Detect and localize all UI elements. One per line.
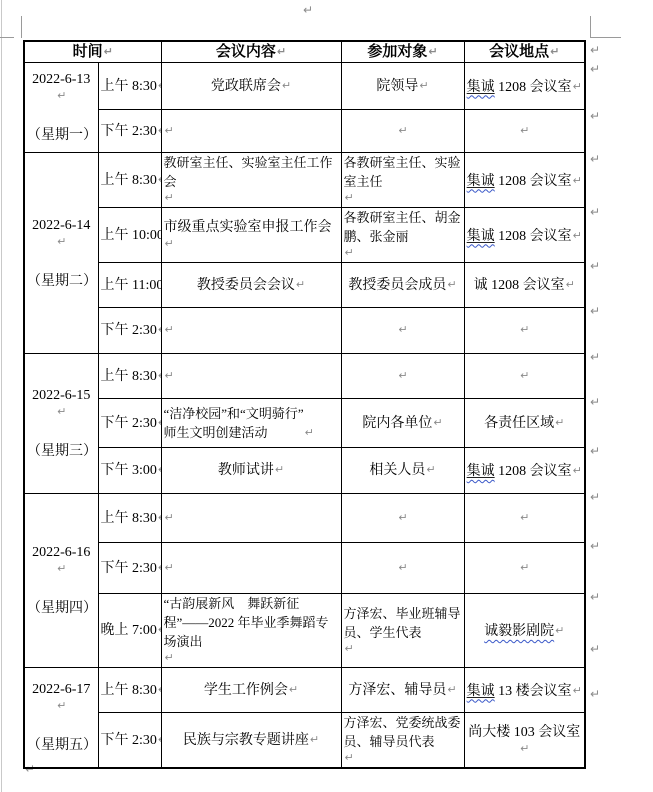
participants-text: 方泽宏、辅导员 [348, 683, 446, 698]
date-cell[interactable]: 2022-6-14↵ （星期二） [24, 153, 98, 354]
date-line: 2022-6-17↵ [27, 680, 96, 715]
time-text: 下午 2:30 [101, 733, 157, 748]
pilcrow-mark: ↵ [165, 370, 174, 381]
pilcrow-mark: ↵ [57, 700, 66, 711]
pilcrow-mark: ↵ [590, 206, 600, 218]
location-text: 尚大楼 103 会议室 [468, 725, 580, 740]
meeting-content-cell[interactable]: ↵ [161, 354, 341, 399]
pilcrow-mark: ↵ [419, 80, 428, 91]
time-text: 下午 2:30 [101, 416, 157, 431]
location-cell[interactable]: 各责任区域↵ [464, 399, 585, 448]
participants-cell[interactable]: 教授委员会成员↵ [341, 263, 464, 308]
pilcrow-mark: ↵ [573, 685, 582, 696]
meeting-content-cell[interactable]: 党政联席会↵ [161, 63, 341, 110]
date-line: 2022-6-14↵ [27, 216, 96, 251]
location-text: 13 楼会议室 [495, 684, 572, 699]
pilcrow-mark: ↵ [590, 63, 600, 75]
document-page: ↵ ↵ ↵↵↵↵↵↵↵↵↵↵↵↵↵↵↵ 时间↵ 会议内容↵ 参加对象↵ 会议地点… [0, 0, 653, 792]
participants-cell[interactable]: ↵ [341, 110, 464, 153]
time-text: 上午 8:30 [101, 79, 157, 94]
location-flagged-text: 集诚 [467, 229, 495, 244]
col-header-participants-label: 参加对象 [367, 44, 427, 60]
participants-text: 院领导 [376, 79, 418, 94]
pilcrow-mark: ↵ [282, 80, 291, 91]
pilcrow-mark: ↵ [573, 465, 582, 476]
pilcrow-mark: ↵ [305, 427, 314, 438]
pilcrow-mark: ↵ [165, 192, 174, 203]
meeting-content: 教研室主任、实验室主任工作 会 [164, 153, 333, 191]
participants-text: 各教研室主任、胡金 鹏、张金丽 [344, 208, 461, 246]
pilcrow-mark: ↵ [433, 417, 442, 428]
meeting-content-cell[interactable]: “洁净校园”和“文明骑行” 师生文明创建活动↵ [161, 399, 341, 448]
location-cell[interactable]: 集诚 1208 会议室↵ [464, 63, 585, 110]
margin-corner-mark [21, 16, 22, 38]
location-cell[interactable]: ↵ [464, 354, 585, 399]
col-header-location[interactable]: 会议地点↵ [464, 41, 585, 63]
pilcrow-mark: ↵ [520, 125, 529, 136]
pilcrow-mark: ↵ [590, 445, 600, 457]
time-text: 上午 8:30 [101, 511, 157, 526]
pilcrow-mark: ↵ [398, 370, 407, 381]
location-text: 1208 会议室 [495, 229, 572, 244]
time-cell[interactable]: 上午 8:30↵ [98, 63, 161, 110]
pilcrow-mark: ↵ [398, 562, 407, 573]
location-text: 诚 1208 会议室 [474, 278, 565, 293]
pilcrow-mark: ↵ [345, 192, 354, 203]
participants-cell[interactable]: ↵ [341, 308, 464, 354]
pilcrow-mark: ↵ [447, 279, 456, 290]
location-cell[interactable]: ↵ [464, 308, 585, 354]
location-text: 1208 会议室 [495, 80, 572, 95]
pilcrow-mark: ↵ [310, 734, 319, 745]
location-text: 各责任区域 [484, 416, 554, 431]
col-header-participants[interactable]: 参加对象↵ [341, 41, 464, 63]
time-text: 下午 2:30 [101, 561, 157, 576]
date-cell[interactable]: 2022-6-16↵ （星期四） [24, 494, 98, 668]
pilcrow-mark: ↵ [345, 752, 354, 763]
margin-corner-mark [590, 16, 591, 38]
col-header-time-label: 时间 [73, 44, 103, 60]
time-text: 上午 8:30 [101, 173, 157, 188]
meeting-content-cell[interactable]: ↵ [161, 308, 341, 354]
meeting-content-cell[interactable]: 民族与宗教专题讲座↵ [161, 713, 341, 769]
time-text: 上午 10:00 [101, 228, 162, 243]
time-text: 下午 2:30 [101, 323, 157, 338]
time-text: 下午 3:00 [101, 463, 157, 478]
pilcrow-mark: ↵ [590, 260, 600, 272]
pilcrow-mark: ↵ [590, 305, 600, 317]
participants-cell[interactable]: 院内各单位↵ [341, 399, 464, 448]
col-header-location-label: 会议地点 [489, 44, 549, 60]
meeting-content-cell[interactable]: 教师试讲↵ [161, 448, 341, 494]
time-cell[interactable]: 下午 2:30↵ [98, 399, 161, 448]
meeting-content-cell[interactable]: 市级重点实验室申报工作会↵ [161, 208, 341, 263]
pilcrow-mark: ↵ [590, 491, 600, 503]
pilcrow-mark: ↵ [590, 396, 600, 408]
pilcrow-mark: ↵ [104, 46, 113, 57]
time-cell[interactable]: 上午 11:00↵ [98, 263, 161, 308]
weekday-line: （星期一） [27, 126, 96, 145]
time-cell[interactable]: 上午 8:30↵ [98, 354, 161, 399]
pilcrow-mark: ↵ [57, 563, 66, 574]
participants-cell[interactable]: ↵ [341, 354, 464, 399]
location-flagged-text: 集诚 [467, 464, 495, 479]
time-text: 晚上 7:00 [101, 623, 157, 638]
pilcrow-mark: ↵ [165, 512, 174, 523]
meeting-content: “古韵展新风 舞跃新征 程”——2022 年毕业季舞蹈专 场演出 [164, 594, 329, 651]
participants-text: 方泽宏、毕业班辅导 员、学生代表 [344, 604, 461, 642]
pilcrow-mark: ↵ [520, 324, 529, 335]
pilcrow-mark: ↵ [165, 324, 174, 335]
participants-cell[interactable]: 相关人员↵ [341, 448, 464, 494]
pilcrow-mark: ↵ [566, 279, 575, 290]
time-cell[interactable]: 晚上 7:00↵ [98, 594, 161, 668]
location-flagged-text: 集诚 [467, 80, 495, 95]
pilcrow-mark: ↵ [303, 4, 313, 16]
location-flagged-text: 集诚 [467, 174, 495, 189]
schedule-table: 时间↵ 会议内容↵ 参加对象↵ 会议地点↵ 2022-6-13↵ （星期一） 上… [23, 40, 586, 769]
pilcrow-mark: ↵ [289, 684, 298, 695]
time-cell[interactable]: 下午 2:30↵ [98, 713, 161, 769]
col-header-content-label: 会议内容 [216, 44, 276, 60]
pilcrow-mark: ↵ [555, 417, 564, 428]
location-cell[interactable]: ↵ [464, 543, 585, 594]
weekday-line: （星期四） [27, 599, 96, 618]
pilcrow-mark: ↵ [426, 464, 435, 475]
meeting-content-cell[interactable]: 教授委员会会议↵ [161, 263, 341, 308]
location-cell[interactable]: 集诚 1208 会议室↵ [464, 153, 585, 208]
time-text: 上午 8:30 [101, 683, 157, 698]
pilcrow-mark: ↵ [398, 125, 407, 136]
pilcrow-mark: ↵ [345, 643, 354, 654]
participants-cell[interactable]: ↵ [341, 494, 464, 543]
weekday-line: （星期五） [27, 736, 96, 755]
date-cell[interactable]: 2022-6-17↵ （星期五） [24, 668, 98, 769]
pilcrow-mark: ↵ [57, 90, 66, 101]
time-text: 下午 2:30 [101, 124, 157, 139]
margin-corner-mark [590, 37, 621, 38]
pilcrow-mark: ↵ [590, 351, 600, 363]
time-cell[interactable]: 上午 8:30↵ [98, 153, 161, 208]
date-line: 2022-6-13↵ [27, 70, 96, 105]
participants-text: 相关人员 [369, 463, 425, 478]
meeting-content-cell[interactable]: 学生工作例会↵ [161, 668, 341, 713]
weekday-line: （星期三） [27, 442, 96, 461]
date-cell[interactable]: 2022-6-15↵ （星期三） [24, 354, 98, 494]
col-header-time[interactable]: 时间↵ [24, 41, 161, 63]
pilcrow-mark: ↵ [447, 684, 456, 695]
meeting-content: 民族与宗教专题讲座 [183, 733, 309, 748]
time-cell[interactable]: 上午 8:30↵ [98, 668, 161, 713]
meeting-content: “洁净校园”和“文明骑行” 师生文明创建活动 [164, 404, 304, 442]
pilcrow-mark: ↵ [398, 512, 407, 523]
page-edge-line [1, 0, 2, 792]
pilcrow-mark: ↵ [520, 370, 529, 381]
location-text: 1208 会议室 [495, 174, 572, 189]
time-cell[interactable]: 下午 2:30↵ [98, 110, 161, 153]
location-cell[interactable]: 集诚 1208 会议室↵ [464, 208, 585, 263]
pilcrow-mark: ↵ [555, 625, 564, 636]
location-text: 1208 会议室 [495, 464, 572, 479]
time-text: 上午 11:00 [101, 278, 162, 293]
date-cell[interactable]: 2022-6-13↵ （星期一） [24, 63, 98, 153]
pilcrow-mark: ↵ [345, 247, 354, 258]
meeting-content: 教授委员会会议 [197, 278, 295, 293]
pilcrow-mark: ↵ [590, 591, 600, 603]
time-text: 上午 8:30 [101, 369, 157, 384]
pilcrow-mark: ↵ [428, 46, 437, 57]
location-cell[interactable]: 集诚 1208 会议室↵ [464, 448, 585, 494]
time-cell[interactable]: 下午 2:30↵ [98, 543, 161, 594]
pilcrow-mark: ↵ [165, 125, 174, 136]
meeting-content: 市级重点实验室申报工作会 [164, 220, 332, 235]
weekday-line: （星期二） [27, 272, 96, 291]
pilcrow-mark: ↵ [590, 153, 600, 165]
time-cell[interactable]: 下午 2:30↵ [98, 308, 161, 354]
meeting-content-cell[interactable]: ↵ [161, 110, 341, 153]
location-flagged-text: 诚毅影剧院 [484, 624, 554, 639]
pilcrow-mark: ↵ [520, 512, 529, 523]
pilcrow-mark: ↵ [165, 562, 174, 573]
pilcrow-mark: ↵ [573, 175, 582, 186]
pilcrow-mark: ↵ [590, 110, 600, 122]
pilcrow-mark: ↵ [590, 688, 600, 700]
participants-cell[interactable]: ↵ [341, 543, 464, 594]
time-cell[interactable]: 上午 10:00↵ [98, 208, 161, 263]
pilcrow-mark: ↵ [573, 81, 582, 92]
participants-cell[interactable]: 各教研室主任、实验 室主任↵ [341, 153, 464, 208]
participants-text: 各教研室主任、实验 室主任 [344, 153, 461, 191]
pilcrow-mark: ↵ [590, 540, 600, 552]
location-flagged-text: 集诚 [467, 684, 495, 699]
date-line: 2022-6-16↵ [27, 543, 96, 578]
participants-text: 院内各单位 [362, 416, 432, 431]
pilcrow-mark: ↵ [520, 743, 529, 754]
participants-cell[interactable]: 方泽宏、毕业班辅导 员、学生代表↵ [341, 594, 464, 668]
participants-cell[interactable]: 院领导↵ [341, 63, 464, 110]
pilcrow-mark: ↵ [398, 324, 407, 335]
participants-cell[interactable]: 各教研室主任、胡金 鹏、张金丽↵ [341, 208, 464, 263]
location-cell[interactable]: 诚毅影剧院↵ [464, 594, 585, 668]
meeting-content: 党政联席会 [211, 79, 281, 94]
participants-cell[interactable]: 方泽宏、党委统战委 员、辅导员代表↵ [341, 713, 464, 769]
time-cell[interactable]: 下午 3:00↵ [98, 448, 161, 494]
pilcrow-mark: ↵ [57, 406, 66, 417]
participants-cell[interactable]: 方泽宏、辅导员↵ [341, 668, 464, 713]
pilcrow-mark: ↵ [57, 236, 66, 247]
location-cell[interactable]: ↵ [464, 494, 585, 543]
date-line: 2022-6-15↵ [27, 386, 96, 421]
pilcrow-mark: ↵ [296, 279, 305, 290]
location-cell[interactable]: ↵ [464, 110, 585, 153]
col-header-content[interactable]: 会议内容↵ [161, 41, 341, 63]
location-cell[interactable]: 尚大楼 103 会议室↵ [464, 713, 585, 769]
meeting-content-cell[interactable]: ↵ [161, 543, 341, 594]
meeting-content-cell[interactable]: “古韵展新风 舞跃新征 程”——2022 年毕业季舞蹈专 场演出↵ [161, 594, 341, 668]
location-cell[interactable]: 集诚 13 楼会议室↵ [464, 668, 585, 713]
pilcrow-mark: ↵ [165, 238, 174, 249]
participants-text: 方泽宏、党委统战委 员、辅导员代表 [344, 713, 461, 751]
pilcrow-mark: ↵ [520, 562, 529, 573]
pilcrow-mark: ↵ [590, 44, 600, 56]
pilcrow-mark: ↵ [277, 46, 286, 57]
time-cell[interactable]: 上午 8:30↵ [98, 494, 161, 543]
pilcrow-mark: ↵ [590, 643, 600, 655]
meeting-content-cell[interactable]: 教研室主任、实验室主任工作 会↵ [161, 153, 341, 208]
pilcrow-mark: ↵ [275, 464, 284, 475]
pilcrow-mark: ↵ [550, 46, 559, 57]
location-cell[interactable]: 诚 1208 会议室↵ [464, 263, 585, 308]
pilcrow-mark: ↵ [165, 652, 174, 663]
meeting-content: 学生工作例会 [204, 683, 288, 698]
margin-corner-mark [0, 37, 14, 38]
pilcrow-mark: ↵ [573, 230, 582, 241]
meeting-content: 教师试讲 [218, 463, 274, 478]
meeting-content-cell[interactable]: ↵ [161, 494, 341, 543]
participants-text: 教授委员会成员 [348, 278, 446, 293]
